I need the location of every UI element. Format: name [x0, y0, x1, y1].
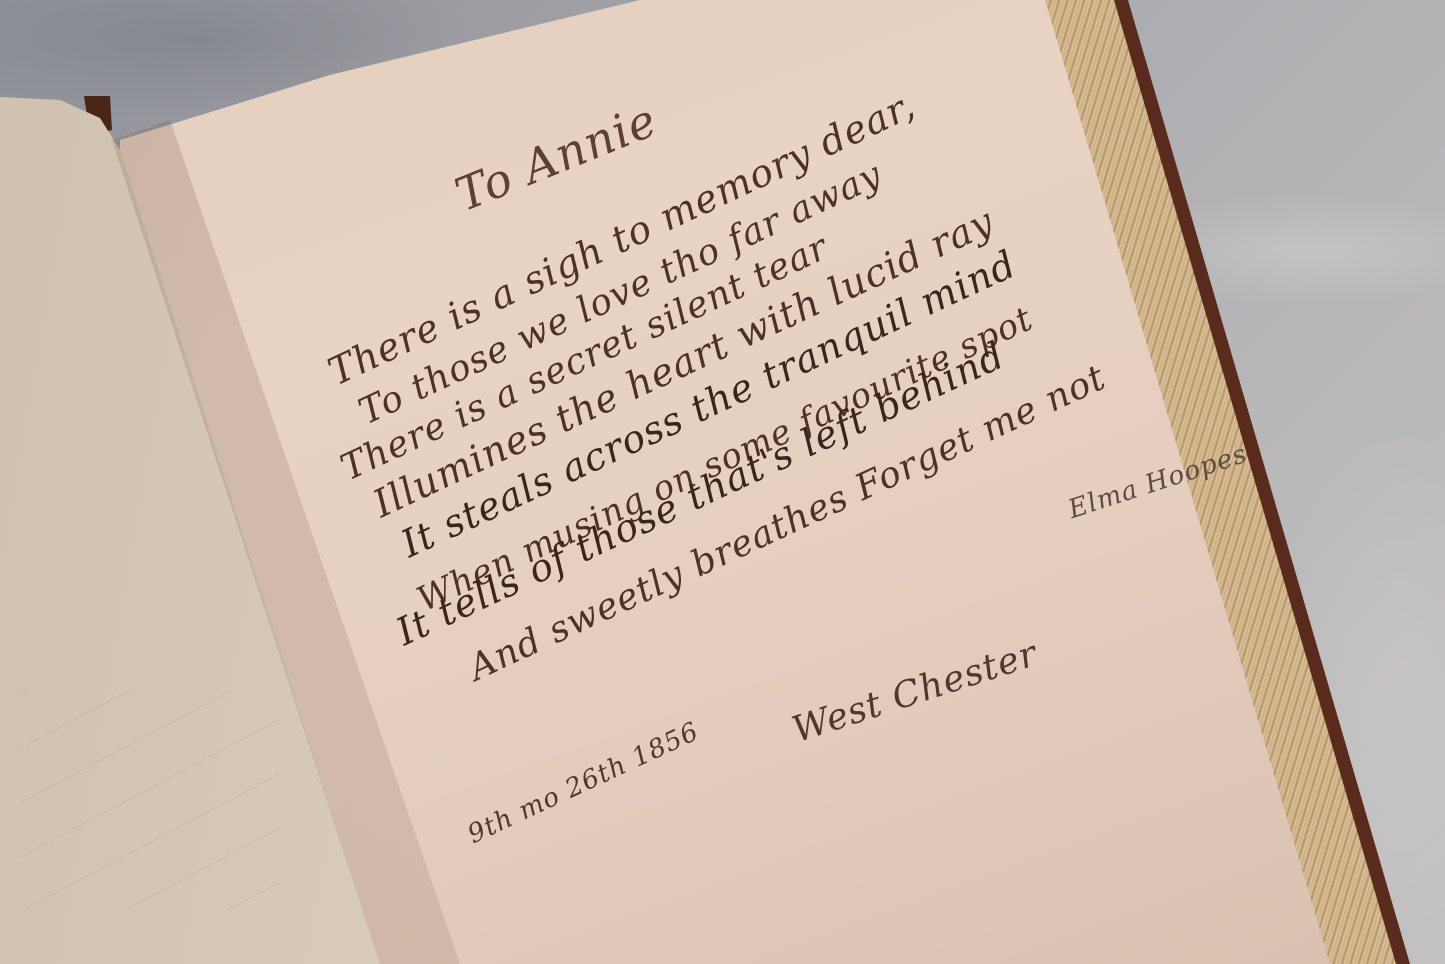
place-name: West Chester — [787, 633, 1042, 751]
inscription-date: 9th mo 26th 1856 — [463, 717, 703, 850]
inscription-title: To Annie — [448, 93, 665, 222]
photo-scene: To Annie There is a sigh to memory dear,… — [0, 0, 1445, 964]
handwritten-inscription: To Annie There is a sigh to memory dear,… — [0, 0, 1445, 964]
signature: Elma Hoopes — [1065, 439, 1251, 525]
